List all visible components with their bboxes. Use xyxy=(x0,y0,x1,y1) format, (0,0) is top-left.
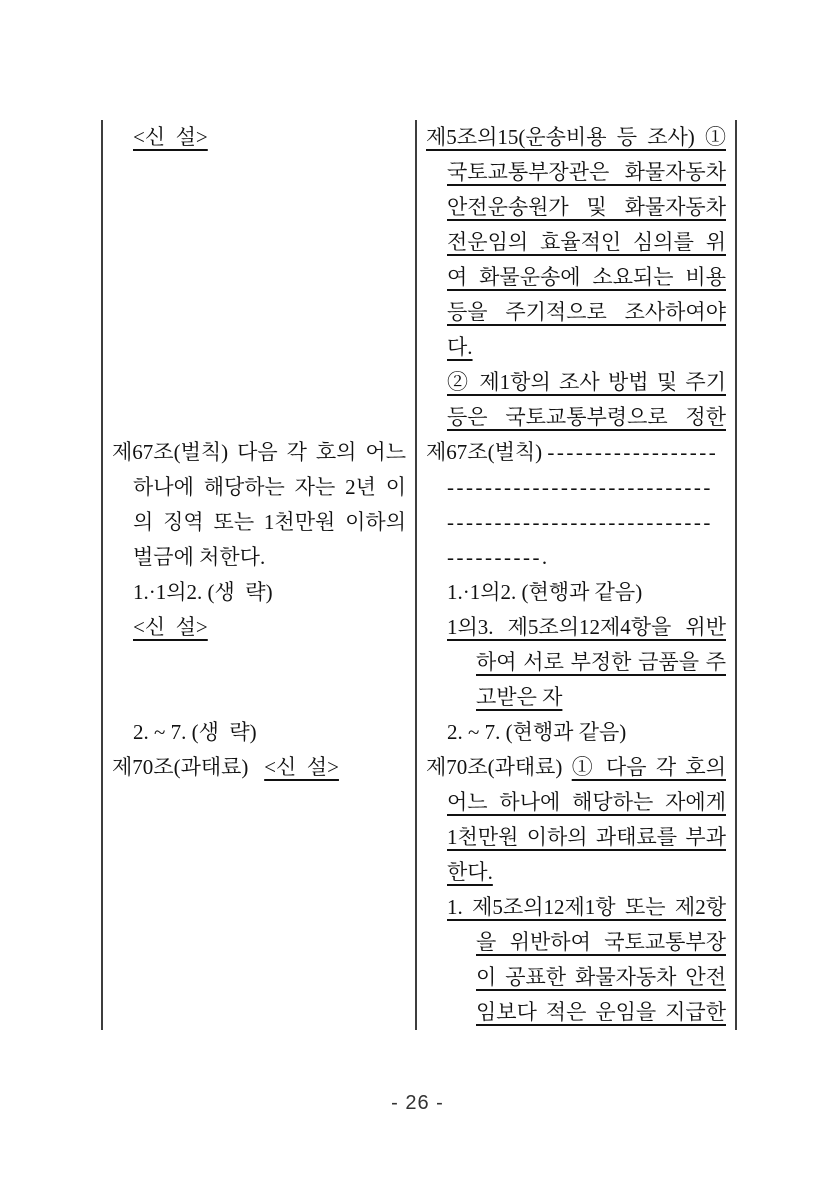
amended-text-segment: 한다. xyxy=(447,860,493,884)
amended-text-segment: <신 설> xyxy=(264,755,339,779)
doc-line: ② 제1항의 조사 방법 및 주기 xyxy=(426,365,726,400)
doc-line xyxy=(112,155,406,190)
text-segment: 2. ~ 7. (생 략) xyxy=(133,720,257,744)
unchanged-dashes-segment: ----------. xyxy=(447,545,550,569)
doc-line: 안전운송원가 및 화물자동차 안 xyxy=(426,190,726,225)
text-segment: 1.·1의2. (현행과 같음) xyxy=(447,580,642,604)
doc-line xyxy=(112,260,406,295)
text-segment: 1.·1의2. (생 략) xyxy=(133,580,273,604)
doc-line: 을 위반하여 국토교통부장관 xyxy=(426,925,726,960)
doc-line: 제70조(과태료) <신 설> xyxy=(112,750,406,785)
amended-text-segment: ① 다음 각 호의 xyxy=(572,755,726,779)
amended-text-segment: 1천만원 이하의 과태료를 부과 xyxy=(447,825,726,849)
doc-line: 1천만원 이하의 과태료를 부과 xyxy=(426,820,726,855)
amendment-column: 제5조의15(운송비용 등 조사) ①국토교통부장관은 화물자동차안전운송원가 … xyxy=(417,120,737,1030)
text-segment: 벌금에 처한다. xyxy=(133,545,265,569)
doc-line: 한다. xyxy=(426,855,726,890)
amended-text-segment: 등은 국토교통부령으로 정한다. xyxy=(447,405,726,435)
doc-line: 전운임의 효율적인 심의를 위하 xyxy=(426,225,726,260)
doc-line: 등을 주기적으로 조사하여야 한 xyxy=(426,295,726,330)
doc-line: 국토교통부장관은 화물자동차 xyxy=(426,155,726,190)
doc-line: 등은 국토교통부령으로 정한다. xyxy=(426,400,726,435)
amended-text-segment: <신 설> xyxy=(133,125,208,149)
amended-text-segment: 전운임의 효율적인 심의를 위하 xyxy=(447,230,726,260)
amended-text-segment: ② 제1항의 조사 방법 및 주기 xyxy=(447,370,726,394)
document-page: { "page": { "number_label": "- 26 -" }, … xyxy=(0,0,835,1181)
doc-line xyxy=(112,785,406,820)
text-segment: 제67조(벌칙) 다음 각 호의 어느 xyxy=(112,440,406,464)
doc-line: 의 징역 또는 1천만원 이하의 xyxy=(112,505,406,540)
current-law-column: <신 설>제67조(벌칙) 다음 각 호의 어느하나에 해당하는 자는 2년 이… xyxy=(101,120,417,1030)
amended-text-segment: 임보다 적은 운임을 지급한 xyxy=(476,1000,726,1024)
doc-line: ---------------------------- xyxy=(426,470,726,505)
doc-line: 임보다 적은 운임을 지급한 xyxy=(426,995,726,1030)
doc-line xyxy=(112,400,406,435)
doc-line: 1의3. 제5조의12제4항을 위반 xyxy=(426,610,726,645)
doc-line: 제5조의15(운송비용 등 조사) ① xyxy=(426,120,726,155)
amended-text-segment: 여 화물운송에 소요되는 비용 xyxy=(447,265,726,289)
doc-line: ----------. xyxy=(426,540,726,575)
doc-line xyxy=(112,365,406,400)
doc-line xyxy=(112,960,406,995)
doc-line: 하여 서로 부정한 금품을 주 xyxy=(426,645,726,680)
unchanged-dashes-segment: ---------------------------- xyxy=(447,510,713,534)
doc-line: 이 공표한 화물자동차 안전운 xyxy=(426,960,726,995)
doc-line: 다. xyxy=(426,330,726,365)
doc-line: 1. 제5조의12제1항 또는 제2항 xyxy=(426,890,726,925)
doc-line xyxy=(112,295,406,330)
text-segment: 제70조(과태료) xyxy=(112,755,264,779)
doc-line xyxy=(112,855,406,890)
doc-line: 고받은 자 xyxy=(426,680,726,715)
amended-text-segment: 1의3. 제5조의12제4항을 위반 xyxy=(447,615,726,639)
doc-line xyxy=(112,680,406,715)
unchanged-dashes-segment: ---------------------------- xyxy=(447,475,713,499)
amended-text-segment: 등을 주기적으로 조사하여야 한 xyxy=(447,300,726,330)
doc-line: 하나에 해당하는 자는 2년 이하 xyxy=(112,470,406,505)
doc-line xyxy=(112,890,406,925)
amended-text-segment: 안전운송원가 및 화물자동차 안 xyxy=(447,195,726,225)
amended-text-segment: <신 설> xyxy=(133,615,208,639)
doc-line: 벌금에 처한다. xyxy=(112,540,406,575)
doc-line xyxy=(112,645,406,680)
doc-line: 2. ~ 7. (생 략) xyxy=(112,715,406,750)
amended-text-segment: 이 공표한 화물자동차 안전운 xyxy=(476,965,726,995)
amended-text-segment: 하여 서로 부정한 금품을 주 xyxy=(476,650,726,674)
amended-text-segment: 다. xyxy=(447,335,473,359)
doc-line: 제67조(벌칙) 다음 각 호의 어느 xyxy=(112,435,406,470)
doc-line: 여 화물운송에 소요되는 비용 xyxy=(426,260,726,295)
amended-text-segment: 1. 제5조의12제1항 또는 제2항 xyxy=(447,895,726,919)
doc-line: 어느 하나에 해당하는 자에게는 xyxy=(426,785,726,820)
text-segment: 2. ~ 7. (현행과 같음) xyxy=(447,720,626,744)
doc-line: <신 설> xyxy=(112,120,406,155)
unchanged-dashes-segment: ------------------ xyxy=(547,440,718,464)
doc-line xyxy=(112,190,406,225)
doc-line: 2. ~ 7. (현행과 같음) xyxy=(426,715,726,750)
doc-line xyxy=(112,995,406,1030)
doc-line xyxy=(112,820,406,855)
law-comparison-table: <신 설>제67조(벌칙) 다음 각 호의 어느하나에 해당하는 자는 2년 이… xyxy=(101,120,737,1030)
amended-text-segment: 제5조의15(운송비용 등 조사) ① xyxy=(426,125,726,149)
amended-text-segment: 고받은 자 xyxy=(476,685,562,709)
amended-text-segment: 을 위반하여 국토교통부장관 xyxy=(476,930,726,960)
amended-text-segment: 국토교통부장관은 화물자동차 xyxy=(447,160,726,184)
doc-line: ---------------------------- xyxy=(426,505,726,540)
amended-text-segment: 어느 하나에 해당하는 자에게는 xyxy=(447,790,726,820)
page-number: - 26 - xyxy=(0,1092,835,1115)
text-segment: 제67조(벌칙) xyxy=(426,440,547,464)
doc-line xyxy=(112,925,406,960)
doc-line: 1.·1의2. (생 략) xyxy=(112,575,406,610)
text-segment: 하나에 해당하는 자는 2년 이하 xyxy=(133,475,406,505)
doc-line: 제70조(과태료) ① 다음 각 호의 xyxy=(426,750,726,785)
text-segment: 의 징역 또는 1천만원 이하의 xyxy=(133,510,406,534)
doc-line: <신 설> xyxy=(112,610,406,645)
doc-line xyxy=(112,225,406,260)
doc-line: 1.·1의2. (현행과 같음) xyxy=(426,575,726,610)
doc-line: 제67조(벌칙) ------------------ xyxy=(426,435,726,470)
text-segment: 제70조(과태료) xyxy=(426,755,572,779)
doc-line xyxy=(112,330,406,365)
